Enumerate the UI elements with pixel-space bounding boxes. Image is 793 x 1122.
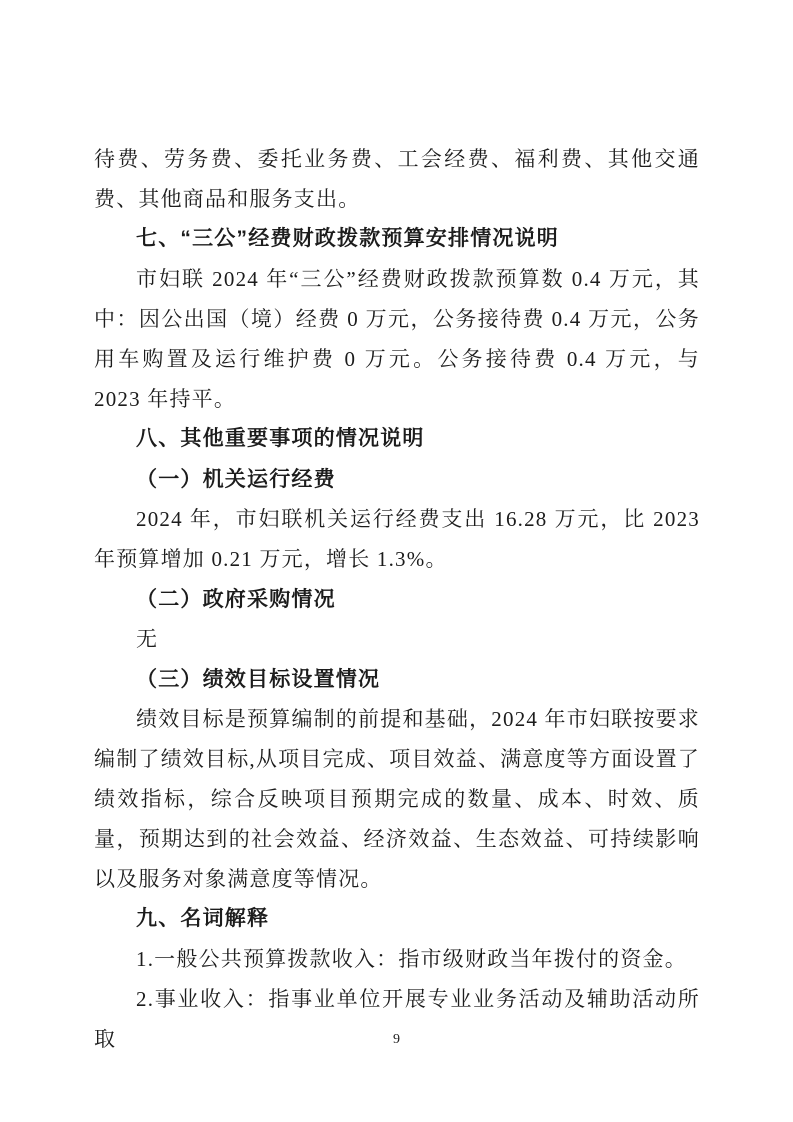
subheading-performance-targets: （三）绩效目标设置情况: [94, 659, 700, 699]
para-glossary-term-1: 1.一般公共预算拨款收入：指市级财政当年拨付的资金。: [94, 939, 700, 979]
para-government-procurement-none: 无: [94, 619, 700, 659]
para-carryover-expense-items: 待费、劳务费、委托业务费、工会经费、福利费、其他交通费、其他商品和服务支出。: [94, 139, 700, 219]
heading-section-eight-other-matters: 八、其他重要事项的情况说明: [94, 419, 700, 459]
page-footer: 9: [0, 1032, 793, 1048]
page-number: 9: [393, 1032, 400, 1047]
document-body: 待费、劳务费、委托业务费、工会经费、福利费、其他交通费、其他商品和服务支出。 七…: [94, 139, 700, 1059]
subheading-agency-operating-cost: （一）机关运行经费: [94, 459, 700, 499]
subheading-government-procurement: （二）政府采购情况: [94, 579, 700, 619]
para-performance-targets-detail: 绩效目标是预算编制的前提和基础，2024 年市妇联按要求编制了绩效目标,从项目完…: [94, 699, 700, 899]
heading-section-nine-glossary: 九、名词解释: [94, 899, 700, 939]
para-agency-operating-cost: 2024 年，市妇联机关运行经费支出 16.28 万元，比 2023 年预算增加…: [94, 499, 700, 579]
heading-section-seven-sangong-budget: 七、“三公”经费财政拨款预算安排情况说明: [94, 219, 700, 259]
document-page: 待费、劳务费、委托业务费、工会经费、福利费、其他交通费、其他商品和服务支出。 七…: [0, 0, 793, 1122]
para-sangong-budget-detail: 市妇联 2024 年“三公”经费财政拨款预算数 0.4 万元，其中：因公出国（境…: [94, 259, 700, 419]
